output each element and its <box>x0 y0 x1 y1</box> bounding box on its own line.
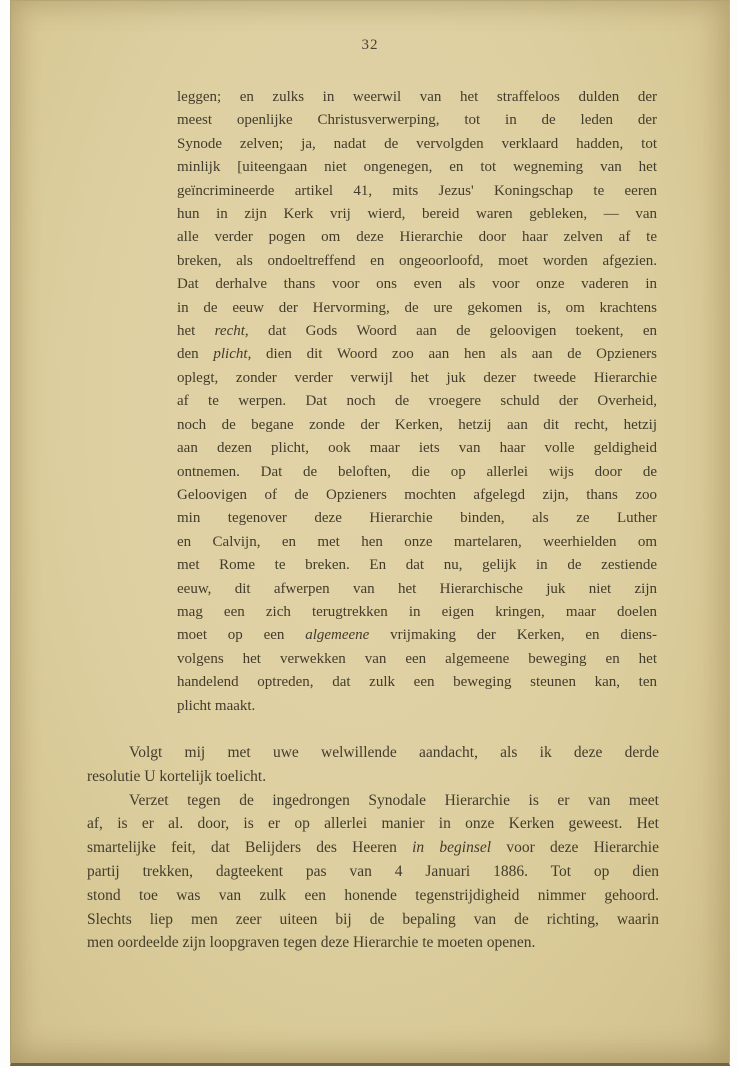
text-line: Slechts liep men zeer uiteen bij de bepa… <box>87 908 659 932</box>
text-line: plicht maakt. <box>177 695 657 718</box>
body-text: Volgt mij met uwe welwillende aandacht, … <box>87 741 659 955</box>
text-line: breken, als ondoeltreffend en ongeoorloo… <box>177 250 657 273</box>
text-line: mag een zich terugtrekken in eigen kring… <box>177 601 657 624</box>
text-line: resolutie U kortelijk toelicht. <box>87 765 659 789</box>
text-line: minlijk [uiteengaan niet ongenegen, en t… <box>177 156 657 179</box>
text-line: Dat derhalve thans voor ons even als voo… <box>177 273 657 296</box>
scanned-book-viewport: 32 leggen; en zulks in weerwil van het s… <box>0 0 738 1068</box>
text-line: men oordeelde zijn loopgraven tegen deze… <box>87 931 659 955</box>
text-line: af te werpen. Dat noch de vroegere schul… <box>177 390 657 413</box>
text-line: oplegt, zonder verder verwijl het juk de… <box>177 367 657 390</box>
text-line: handelend optreden, dat zulk een bewegin… <box>177 671 657 694</box>
text-line: eeuw, dit afwerpen van het Hierarchische… <box>177 578 657 601</box>
text-line: Geloovigen of de Opzieners mochten afgel… <box>177 484 657 507</box>
text-line: meest openlijke Christusverwerping, tot … <box>177 109 657 132</box>
text-line: leggen; en zulks in weerwil van het stra… <box>177 86 657 109</box>
text-line: hun in zijn Kerk vrij wierd, bereid ware… <box>177 203 657 226</box>
text-line: min tegenover deze Hierarchie binden, al… <box>177 507 657 530</box>
text-line: Volgt mij met uwe welwillende aandacht, … <box>87 741 659 765</box>
text-line: af, is er al. door, is er op allerlei ma… <box>87 812 659 836</box>
text-line: moet op een algemeene vrijmaking der Ker… <box>177 624 657 647</box>
text-line: geïncrimineerde artikel 41, mits Jezus' … <box>177 180 657 203</box>
text-line: met Rome te breken. En dat nu, gelijk in… <box>177 554 657 577</box>
text-line: stond toe was van zulk een honende tegen… <box>87 884 659 908</box>
text-line: Verzet tegen de ingedrongen Synodale Hie… <box>87 789 659 813</box>
text-line: alle verder pogen om deze Hierarchie doo… <box>177 226 657 249</box>
text-line: ontnemen. Dat de beloften, die op allerl… <box>177 461 657 484</box>
page-number: 32 <box>11 37 729 54</box>
indented-quote-block: leggen; en zulks in weerwil van het stra… <box>177 86 657 718</box>
text-line: het recht, dat Gods Woord aan de geloovi… <box>177 320 657 343</box>
paragraph: Volgt mij met uwe welwillende aandacht, … <box>87 741 659 789</box>
book-page: 32 leggen; en zulks in weerwil van het s… <box>10 0 730 1066</box>
text-line: den plicht, dien dit Woord zoo aan hen a… <box>177 343 657 366</box>
paragraph: Verzet tegen de ingedrongen Synodale Hie… <box>87 789 659 956</box>
text-line: Synode zelven; ja, nadat de vervolgden v… <box>177 133 657 156</box>
text-line: in de eeuw der Hervorming, de ure gekome… <box>177 297 657 320</box>
text-line: aan dezen plicht, ook maar iets van haar… <box>177 437 657 460</box>
text-line: noch de begane zonde der Kerken, hetzij … <box>177 414 657 437</box>
text-line: smartelijke feit, dat Belijders des Heer… <box>87 836 659 860</box>
text-line: volgens het verwekken van een algemeene … <box>177 648 657 671</box>
text-line: partij trekken, dagteekent pas van 4 Jan… <box>87 860 659 884</box>
text-line: en Calvijn, en met hen onze martelaren, … <box>177 531 657 554</box>
